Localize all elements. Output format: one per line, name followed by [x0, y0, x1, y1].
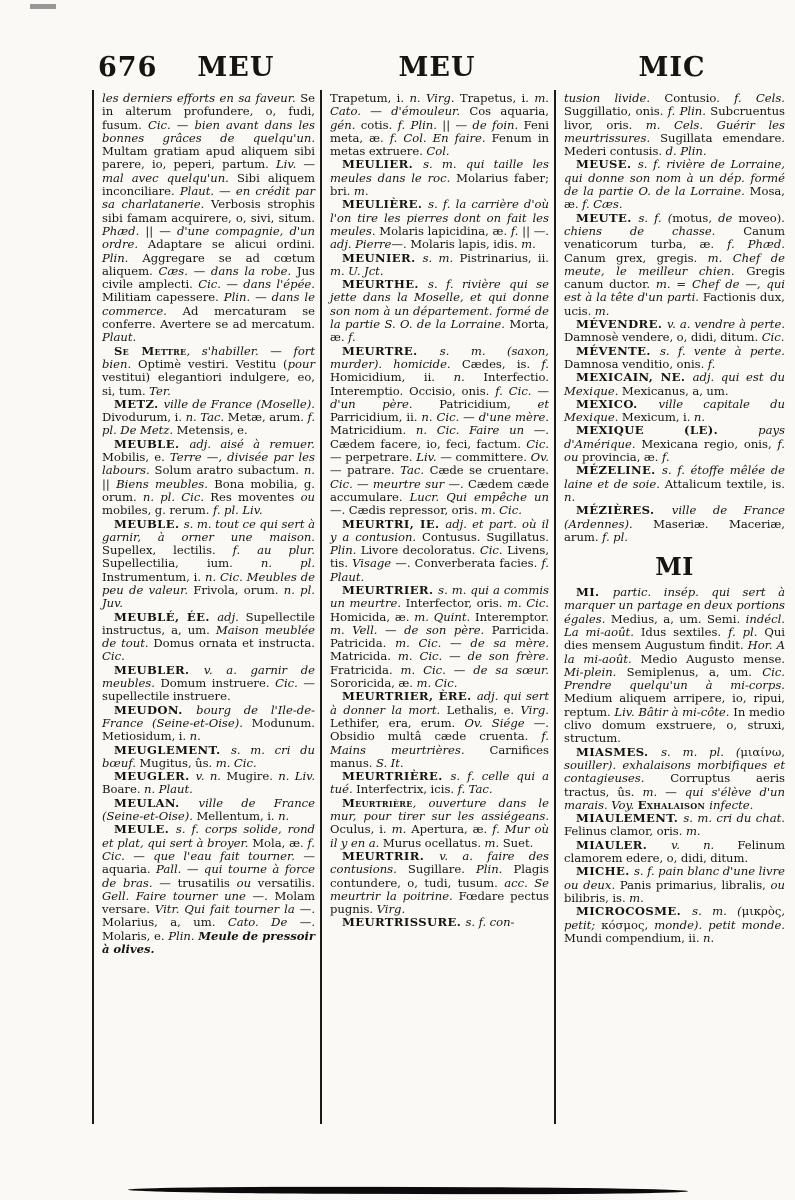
entry-text: versatilis.: [258, 876, 315, 890]
headword: MEURTRE.: [342, 344, 440, 358]
entry-text: Cic.: [762, 330, 785, 344]
entry-text: n.: [278, 809, 289, 823]
entry-text: Mugitus, ûs.: [139, 756, 215, 770]
dictionary-entry: MEUTE. s. f. (motus, de moveo). chiens d…: [564, 212, 785, 318]
entry-text: Divodurum, i.: [102, 410, 186, 424]
entry-text: m.: [656, 277, 676, 291]
headword: MEURTHE.: [342, 277, 428, 291]
text-columns: les derniers efforts en sa faveur. Se in…: [92, 90, 790, 1124]
dictionary-entry: MEULAN. ville de France (Seine-et-Oise).…: [102, 797, 315, 824]
entry-text: n. Cic. Faire un —.: [416, 423, 549, 437]
entry-text: Damnosè vendere, o, didi, ditum.: [564, 330, 762, 344]
entry-text: Optimè vestiri. Vestitu (: [138, 357, 288, 371]
entry-text: Trapetum, i.: [330, 91, 409, 105]
dictionary-entry: MÉVENTE. s. f. vente à perte. Damnosa ve…: [564, 345, 785, 372]
headword: MICHE.: [576, 864, 634, 878]
entry-text: Trapetus, i.: [460, 91, 534, 105]
entry-text: Lethalis, e.: [447, 703, 521, 717]
dictionary-entry: Trapetum, i. n. Virg. Trapetus, i. m. Ca…: [330, 92, 549, 158]
entry-text: Plin.: [102, 251, 142, 265]
dictionary-entry: METZ. ville de France (Moselle). Divodur…: [102, 398, 315, 438]
dictionary-entry: MI. partic. insép. qui sert à marquer un…: [564, 586, 785, 746]
entry-text: f.: [708, 357, 716, 371]
entry-text: s. f. vente à perte.: [660, 344, 785, 358]
entry-text: ou: [301, 490, 315, 504]
headword: MEURTRIER, ÈRE.: [342, 689, 477, 703]
entry-text: Frivola, orum.: [193, 583, 283, 597]
entry-text: Homicida, æ.: [330, 610, 414, 624]
dictionary-entry: MEUDON. bourg de l'Ile-de-France (Seine-…: [102, 704, 315, 744]
entry-text: Cic.: [480, 543, 507, 557]
entry-text: f. Cæs.: [582, 197, 622, 211]
entry-text: Interemptor.: [475, 610, 549, 624]
dictionary-entry: MEXIQUE (LE). pays d'Amérique. Mexicana …: [564, 424, 785, 464]
scan-speck: [30, 4, 56, 9]
headword: MEUBLÉ, ÉE.: [114, 610, 217, 624]
entry-text: s. m.: [423, 251, 460, 265]
headword: MEUGLER.: [114, 769, 196, 783]
entry-text: Vitr. Qui fait tourner la —.: [155, 902, 315, 916]
dictionary-entry: MEUBLER. v. a. garnir de meubles. Domum …: [102, 664, 315, 704]
dictionary-entry: MEUSE. s. f. rivière de Lorraine, qui do…: [564, 158, 785, 211]
headword: MÉZIÈRES.: [576, 503, 672, 517]
entry-text: Fratricida.: [330, 663, 401, 677]
entry-text: gén.: [330, 118, 361, 132]
entry-text: Semiplenus, a, um.: [627, 665, 763, 679]
headword: MIAULER.: [576, 838, 671, 852]
dictionary-entry: MEULE. s. f. corps solide, rond et plat,…: [102, 823, 315, 956]
entry-text: n. Tac.: [186, 410, 228, 424]
entry-text: Domum instruere.: [161, 676, 276, 690]
entry-text: — patrare.: [330, 463, 400, 477]
dictionary-column-3: tusion livide. Contusio. f. Cels. Suggil…: [554, 90, 790, 1124]
entry-text: f. Cels.: [734, 91, 785, 105]
entry-text: || —: [442, 118, 472, 132]
page-header: 676 MEU MEU MIC: [92, 52, 790, 86]
entry-text: Felinus clamor, oris.: [564, 824, 686, 838]
entry-text: — committere.: [440, 450, 530, 464]
entry-text: f. Phæd.: [727, 237, 785, 251]
entry-text: v. a. vendre à perte.: [667, 317, 785, 331]
column-header-meu-2: MEU: [398, 52, 475, 83]
entry-text: f. Plin.: [668, 104, 711, 118]
entry-text: f. Tac.: [458, 782, 493, 796]
headword: MEURTRISSURE.: [342, 915, 465, 929]
headword: MICROCOSME.: [576, 904, 692, 918]
entry-text: f. au plur.: [233, 543, 315, 557]
entry-text: Col.: [426, 144, 449, 158]
entry-text: Matricida.: [330, 649, 398, 663]
entry-text: Virg.: [377, 902, 406, 916]
entry-text: Metæ, arum.: [228, 410, 308, 424]
dictionary-entry: MEURTRIÈRE. s. f. celle qui a tué. Inter…: [330, 770, 549, 797]
dictionary-entry: MEUNIER. s. m. Pistrinarius, ii. m. U. J…: [330, 252, 549, 279]
entry-text: κόσμος,: [601, 918, 654, 932]
entry-text: ||: [102, 477, 116, 491]
entry-text: Cæde se cruentare.: [430, 463, 549, 477]
entry-text: m. Cic.: [416, 676, 457, 690]
page-number: 676: [98, 52, 157, 83]
entry-text: de: [718, 211, 738, 225]
entry-text: Molaris lapicidina, æ.: [379, 224, 511, 238]
dictionary-entry: MIAULER. v. n. Felinum clamorem edere, o…: [564, 839, 785, 866]
entry-text: Plin.: [168, 929, 198, 943]
entry-text: Cic. — meurtre sur —.: [330, 477, 468, 491]
entry-text: m.: [521, 237, 536, 251]
entry-text: Adaptare se alicui ordini.: [148, 237, 315, 251]
entry-text: m. Cic.: [481, 503, 522, 517]
entry-text: mobiles, g. rerum.: [102, 503, 213, 517]
headword: METZ.: [114, 397, 164, 411]
entry-text: Tac.: [400, 463, 429, 477]
entry-text: Interfectrix, icis.: [356, 782, 457, 796]
entry-text: m. Cic. — de son frère.: [398, 649, 549, 663]
entry-text: Suggillatio, onis.: [564, 104, 668, 118]
entry-text: pour: [288, 357, 315, 371]
entry-text: n. Plaut.: [144, 782, 193, 796]
entry-text: Supellectilia, ium.: [102, 556, 261, 570]
entry-text: Plaut.: [102, 330, 136, 344]
entry-text: S. It.: [376, 756, 404, 770]
header-column-3: MIC: [554, 52, 790, 86]
entry-text: Gell. Faire tourner une —.: [102, 889, 275, 903]
entry-text: Molaris, e.: [102, 929, 168, 943]
entry-text: Militiam capessere.: [102, 290, 224, 304]
headword: MEULIER.: [342, 157, 423, 171]
entry-text: Medius, a, um. Semi.: [611, 612, 746, 626]
entry-text: adj. aisé à remuer.: [189, 437, 315, 451]
entry-text: adj.: [217, 610, 245, 624]
entry-text: Attalicum textile, is.: [665, 477, 785, 491]
headword: MEULIÈRE.: [342, 197, 428, 211]
entry-text: Interfector, oris.: [406, 596, 507, 610]
entry-text: Canum grex, gregis.: [564, 251, 708, 265]
entry-text: Mexicana regio, onis,: [641, 437, 777, 451]
dictionary-entry: MEULIÈRE. s. f. la carrière d'où l'on ti…: [330, 198, 549, 251]
entry-text: de foin.: [472, 118, 523, 132]
dictionary-entry: les derniers efforts en sa faveur. Se in…: [102, 92, 315, 345]
dictionary-entry: Se Mettre, s'habiller. — fort bien. Opti…: [102, 345, 315, 398]
entry-text: n.: [454, 370, 484, 384]
headword: MEUDON.: [114, 703, 196, 717]
dictionary-entry: MEURTRIR. v. a. faire des contusions. Su…: [330, 850, 549, 916]
entry-text: Cædem facere, io, feci, factum.: [330, 437, 526, 451]
entry-text: ville de France (Moselle).: [164, 397, 315, 411]
entry-text: Exhalaison: [638, 798, 710, 812]
entry-text: Meurtrière: [342, 796, 413, 810]
entry-text: Cic. — dans l'épée.: [198, 277, 315, 291]
entry-text: Biens meubles.: [116, 477, 214, 491]
entry-text: — trusatilis: [159, 876, 236, 890]
entry-text: ||: [145, 224, 159, 238]
headword: MI.: [576, 585, 613, 599]
entry-text: vestitui) elegantiori indulgere, eo, si,…: [102, 370, 315, 397]
entry-text: n. pl.: [261, 556, 315, 570]
dictionary-entry: Meurtrière, ouverture dans le mur, pour …: [330, 797, 549, 850]
entry-text: n.: [703, 931, 714, 945]
dictionary-entry: MIAULEMENT. s. m. cri du chat. Felinus c…: [564, 812, 785, 839]
entry-text: m.: [354, 184, 369, 198]
entry-text: monde). petit monde.: [654, 918, 785, 932]
entry-text: Domus ornata et instructa.: [153, 636, 315, 650]
entry-text: n.: [190, 729, 201, 743]
headword: MEXICAIN, NE.: [576, 370, 693, 384]
entry-text: f.: [662, 450, 670, 464]
entry-text: Ov. Siége —.: [464, 716, 549, 730]
dictionary-entry: MEUGLEMENT. s. m. cri du bœuf. Mugitus, …: [102, 744, 315, 771]
entry-text: Cic.: [275, 676, 303, 690]
entry-text: Ov.: [531, 450, 549, 464]
headword: MI: [655, 552, 694, 581]
entry-text: chiens de chasse.: [564, 224, 743, 238]
entry-text: Converberata facies.: [415, 556, 542, 570]
entry-text: v. n.: [196, 769, 227, 783]
entry-text: s. f. con-: [465, 915, 514, 929]
entry-text: Patricidium,: [439, 397, 537, 411]
entry-text: Cato. De —.: [228, 915, 315, 929]
entry-text: Phæd.: [102, 224, 145, 238]
entry-text: m. Cic.: [216, 756, 257, 770]
entry-text: Instrumentum, i.: [102, 570, 205, 584]
entry-text: s. f. (: [638, 211, 672, 225]
dictionary-column-2: Trapetum, i. n. Virg. Trapetus, i. m. Ca…: [320, 90, 554, 1124]
dictionary-entry: MEURTRI, IE. adj. et part. où il y a con…: [330, 518, 549, 584]
entry-text: petit;: [564, 918, 601, 932]
dictionary-entry: MEURTRE. s. m. (saxon, murder). homicide…: [330, 345, 549, 518]
entry-text: s. m. pl. (: [661, 745, 740, 759]
entry-text: f. pl. Liv.: [213, 503, 263, 517]
section-header-mi: MI: [564, 552, 785, 582]
dictionary-entry: MEULIER. s. m. qui taille les meules dan…: [330, 158, 549, 198]
entry-text: || —.: [522, 224, 549, 238]
entry-text: Oculus, i.: [330, 822, 392, 836]
entry-text: Damnosa venditio, onis.: [564, 357, 708, 371]
entry-text: Solum aratro subactum.: [155, 463, 304, 477]
entry-text: Molaris lapis, idis.: [410, 237, 521, 251]
headword: MEUTE.: [576, 211, 638, 225]
entry-text: m.: [595, 304, 610, 318]
entry-text: Matricidium.: [330, 423, 416, 437]
headword: MEULAN.: [114, 796, 199, 810]
entry-text: Panis primarius, libralis,: [620, 878, 771, 892]
entry-text: n.: [304, 463, 315, 477]
entry-text: Supellex, lectilis.: [102, 543, 233, 557]
dictionary-entry: MEUBLÉ, ÉE. adj. Supellectile instructus…: [102, 611, 315, 664]
dictionary-entry: MEUGLER. v. n. Mugire. n. Liv. Boare. n.…: [102, 770, 315, 797]
dictionary-entry: MICHE. s. f. pain blanc d'une livre ou d…: [564, 865, 785, 905]
entry-text: Boare.: [102, 782, 144, 796]
scanned-dictionary-page: 676 MEU MEU MIC les derniers efforts en …: [0, 0, 795, 1200]
entry-text: n. Cic. — d'une mère.: [421, 410, 549, 424]
entry-text: — perpetrare.: [330, 450, 416, 464]
entry-text: Visage —.: [352, 556, 415, 570]
headword: MEXICO.: [576, 397, 659, 411]
entry-text: m. Cic. — de sa sœur.: [401, 663, 549, 677]
entry-text: Liv.: [416, 450, 440, 464]
entry-text: ou: [237, 876, 258, 890]
entry-text: Sugillare.: [408, 862, 476, 876]
entry-text: Mola, æ.: [252, 836, 307, 850]
entry-text: Lethifer, era, erum.: [330, 716, 464, 730]
headword: MÉZELINE.: [576, 463, 662, 477]
entry-text: Livore decoloratus.: [361, 543, 480, 557]
entry-text: =: [676, 277, 692, 291]
entry-text: m. Cic.: [507, 596, 549, 610]
entry-text: n.: [694, 410, 705, 424]
headword: MEUBLE.: [114, 517, 184, 531]
entry-text: ou: [771, 878, 785, 892]
entry-text: Pistrinarius, ii.: [459, 251, 549, 265]
entry-text: les derniers efforts en sa faveur.: [102, 91, 300, 105]
entry-text: Cæs. — dans la robe.: [158, 264, 296, 278]
dictionary-entry: MÉZELINE. s. f. étoffe mêlée de laine et…: [564, 464, 785, 504]
dictionary-entry: MÉZIÈRES. ville de France (Ardennes). Ma…: [564, 504, 785, 544]
entry-text: tusion livide.: [564, 91, 664, 105]
entry-text: Idus sextiles.: [641, 625, 728, 639]
entry-text: m.: [392, 822, 412, 836]
entry-text: s. m. cri du chat.: [683, 811, 785, 825]
entry-text: f. Col. En faire.: [390, 131, 492, 145]
entry-text: m. Quint.: [414, 610, 475, 624]
header-column-1: 676 MEU: [92, 52, 320, 86]
entry-text: n. Virg.: [409, 91, 459, 105]
entry-text: f. pl.: [728, 625, 764, 639]
dictionary-entry: MEUBLE. s. m. tout ce qui sert à garnir,…: [102, 518, 315, 611]
entry-text: Cic.: [526, 437, 549, 451]
headword: MEUBLER.: [114, 663, 204, 677]
entry-text: Contusio.: [664, 91, 734, 105]
entry-text: f. Plin.: [398, 118, 443, 132]
headword: MÉVENDRE.: [576, 317, 667, 331]
entry-text: v. n.: [671, 838, 737, 852]
headword: MIAULEMENT.: [576, 811, 683, 825]
entry-text: n. pl. Cic.: [143, 490, 210, 504]
headword: MEUGLEMENT.: [114, 743, 231, 757]
entry-text: f.: [348, 330, 356, 344]
entry-text: infecte.: [709, 798, 753, 812]
entry-text: Plin.: [476, 862, 513, 876]
headword: MEURTRIÈRE.: [342, 769, 450, 783]
entry-text: Se Mettre: [114, 344, 186, 358]
entry-text: f. pl.: [602, 530, 628, 544]
entry-text: f.: [511, 224, 522, 238]
column-header-meu-1: MEU: [197, 52, 274, 83]
entry-text: s. m. (: [692, 904, 742, 918]
entry-text: Mugire.: [226, 769, 278, 783]
entry-text: Obsidio multâ cæde cruenta.: [330, 729, 541, 743]
entry-text: n. Liv.: [278, 769, 315, 783]
entry-text: moveo).: [738, 211, 785, 225]
headword: MEUBLE.: [114, 437, 189, 451]
entry-text: Cædis repressor, oris.: [349, 503, 481, 517]
entry-text: m.: [485, 836, 503, 850]
dictionary-entry: tusion livide. Contusio. f. Cels. Suggil…: [564, 92, 785, 158]
headword: MEUNIER.: [342, 251, 423, 265]
entry-text: Cic.: [102, 649, 125, 663]
entry-text: Mundi compendium, ii.: [564, 931, 703, 945]
entry-text: Res moventes: [210, 490, 300, 504]
headword: MEURTRIER.: [342, 583, 438, 597]
dictionary-entry: MEURTHE. s. f. rivière qui se jette dans…: [330, 278, 549, 344]
entry-text: d. Plin.: [666, 144, 707, 158]
bottom-scan-artifact: [128, 1186, 688, 1194]
dictionary-entry: MÉVENDRE. v. a. vendre à perte. Damnosè …: [564, 318, 785, 345]
entry-text: Metensis, e.: [177, 423, 248, 437]
dictionary-column-1: les derniers efforts en sa faveur. Se in…: [92, 90, 320, 1124]
entry-text: cotis.: [361, 118, 398, 132]
headword: MEULE.: [114, 822, 176, 836]
entry-text: Medio Augusto mense.: [640, 652, 785, 666]
entry-text: Mi-plein.: [564, 665, 627, 679]
entry-text: adj. Pierre—.: [330, 237, 410, 251]
entry-text: Plin.: [330, 543, 361, 557]
dictionary-entry: MEURTRISSURE. s. f. con-: [330, 916, 549, 929]
headword: MEXIQUE (LE).: [576, 423, 758, 437]
entry-text: μικρὸς,: [742, 904, 785, 918]
entry-text: Suet.: [503, 836, 534, 850]
entry-text: Mellentum, i.: [196, 809, 278, 823]
entry-text: Virg.: [520, 703, 549, 717]
headword: MIASMES.: [576, 745, 661, 759]
dictionary-entry: MEURTRIER. s. m. qui a commis un meurtre…: [330, 584, 549, 690]
entry-text: Contusus. Sugillatus.: [422, 530, 549, 544]
entry-text: Parricidium, ii.: [330, 410, 421, 424]
entry-text: Sororicida, æ.: [330, 676, 416, 690]
entry-text: Molarius, a, um.: [102, 915, 228, 929]
entry-text: m. Cic. — de sa mère.: [395, 636, 549, 650]
entry-text: Ter.: [149, 384, 171, 398]
column-header-mic: MIC: [638, 52, 705, 83]
entry-text: Mexicum, i.: [622, 410, 694, 424]
headword: MEURTRI, IE.: [342, 517, 445, 531]
entry-text: Liv. Bâtir à mi-côte.: [614, 705, 733, 719]
entry-text: Mobilis, e.: [102, 450, 170, 464]
dictionary-entry: MICROCOSME. s. m. (μικρὸς, petit; κόσμος…: [564, 905, 785, 945]
dictionary-entry: MEXICO. ville capitale du Mexique. Mexic…: [564, 398, 785, 425]
dictionary-entry: MIASMES. s. m. pl. (μιαίνω, souiller). e…: [564, 746, 785, 812]
entry-text: Cos aquaria,: [469, 104, 549, 118]
entry-text: Mexicanus, a, um.: [622, 384, 729, 398]
entry-text: provincia, æ.: [582, 450, 662, 464]
headword: MEURTRIR.: [342, 849, 439, 863]
headword: MEUSE.: [576, 157, 638, 171]
entry-text: m. Vell. — de son père.: [330, 623, 492, 637]
dictionary-entry: MEUBLE. adj. aisé à remuer. Mobilis, e. …: [102, 438, 315, 518]
header-column-2: MEU: [320, 52, 554, 86]
entry-text: n.: [564, 490, 575, 504]
entry-text: Murus ocellatus.: [383, 836, 485, 850]
entry-text: et: [537, 397, 549, 411]
entry-text: m.: [629, 891, 644, 905]
entry-text: motus,: [672, 211, 718, 225]
entry-text: bilibris, is.: [564, 891, 629, 905]
headword: MÉVENTE.: [576, 344, 660, 358]
dictionary-entry: MEURTRIER, ÈRE. adj. qui sert à donner l…: [330, 690, 549, 770]
entry-text: Cædes, is.: [462, 357, 542, 371]
entry-text: m.: [686, 824, 701, 838]
entry-text: f.: [541, 357, 549, 371]
dictionary-entry: MEXICAIN, NE. adj. qui est du Mexique. M…: [564, 371, 785, 398]
entry-text: Homicidium, ii.: [330, 370, 454, 384]
entry-text: μιαίνω,: [740, 745, 785, 759]
entry-text: m. U. Jct.: [330, 264, 384, 278]
entry-text: Apertura, æ.: [411, 822, 492, 836]
